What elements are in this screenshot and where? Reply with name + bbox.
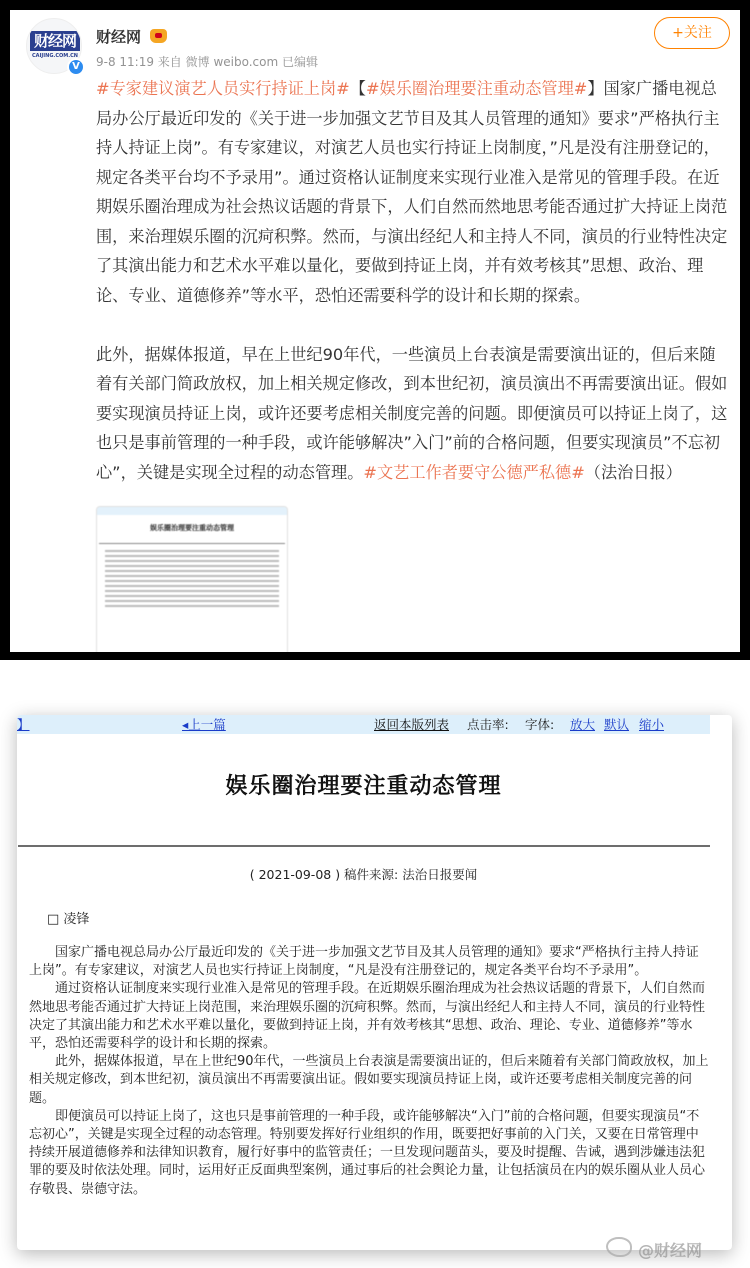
toolbar-cut-link[interactable]: 】 [17, 715, 30, 734]
font-size-label: 字体: [525, 715, 554, 734]
article-paragraph: 通过资格认证制度来实现行业准入是常见的管理手段。在近期娱乐圈治理成为社会热议话题… [29, 980, 709, 1053]
hashtag-link[interactable]: #专家建议演艺人员实行持证上岗# [96, 79, 350, 98]
watermark: @财经网 [638, 1238, 702, 1261]
thumb-text-line [105, 595, 279, 597]
article-meta: ( 2021-09-08 ) 稿件来源: 法治日报要闻 [17, 865, 710, 883]
post-image-thumbnail[interactable]: 娱乐圈治理要注重动态管理 [96, 506, 288, 652]
article-paragraph: 此外，据媒体报道，早在上世纪90年代，一些演员上台表演是需要演出证的，但后来随着… [29, 1053, 709, 1108]
verified-badge-icon: V [67, 58, 85, 76]
thumb-text-line [105, 580, 279, 582]
post-meta: 9-8 11:19 来自 微博 weibo.com 已编辑 [96, 53, 318, 70]
thumb-toolbar [97, 507, 287, 515]
thumb-text-line [105, 570, 279, 572]
article-divider [18, 845, 710, 847]
article-author: □ 凌锋 [47, 908, 89, 927]
post-text: #专家建议演艺人员实行持证上岗#【#娱乐圈治理要注重动态管理#】国家广播电视总局… [96, 74, 728, 517]
prev-article-link[interactable]: ◂上一篇 [182, 715, 226, 734]
bracket-open: 【 [350, 79, 366, 98]
username[interactable]: 财经网 [96, 26, 141, 47]
weibo-logo-icon [606, 1237, 632, 1257]
hashtag-link[interactable]: #娱乐圈治理要注重动态管理# [366, 79, 587, 98]
font-enlarge-link[interactable]: 放大 [570, 715, 595, 734]
thumb-title: 娱乐圈治理要注重动态管理 [97, 523, 287, 533]
post-paragraph-2: 此外，据媒体报道，早在上世纪90年代，一些演员上台表演是需要演出证的，但后来随着… [96, 340, 728, 488]
post-paragraph-2-text: 此外，据媒体报道，早在上世纪90年代，一些演员上台表演是需要演出证的，但后来随着… [96, 345, 727, 482]
thumb-text-line [105, 550, 279, 552]
post-paragraph-1: #专家建议演艺人员实行持证上岗#【#娱乐圈治理要注重动态管理#】国家广播电视总局… [96, 74, 728, 310]
weibo-post-frame: 财经网 CAIJING.COM.CN V 财经网 9-8 11:19 来自 微博… [0, 0, 750, 660]
article-paragraph: 即便演员可以持证上岗了，这也只是事前管理的一种手段，或许能够解决“入门”前的合格… [29, 1108, 709, 1199]
thumb-text-line [105, 585, 279, 587]
thumb-text-line [105, 590, 279, 592]
article-screenshot: 】 ◂上一篇 返回本版列表 点击率: 字体: 放大 默认 缩小 娱乐圈治理要注重… [17, 715, 732, 1250]
weibo-post-card: 财经网 CAIJING.COM.CN V 财经网 9-8 11:19 来自 微博… [10, 10, 740, 652]
article-paragraph: 国家广播电视总局办公厅最近印发的《关于进一步加强文艺节目及其人员管理的通知》要求… [29, 944, 709, 980]
font-default-link[interactable]: 默认 [604, 715, 629, 734]
article-toolbar: 】 ◂上一篇 返回本版列表 点击率: 字体: 放大 默认 缩小 [17, 715, 710, 734]
bracket-close: 】 [587, 79, 603, 98]
thumb-text-line [105, 555, 279, 557]
thumb-text-line [105, 605, 279, 607]
hashtag-link[interactable]: #文艺工作者要守公德严私德# [363, 463, 584, 482]
article-body: 国家广播电视总局办公厅最近印发的《关于进一步加强文艺节目及其人员管理的通知》要求… [29, 944, 709, 1199]
article-title: 娱乐圈治理要注重动态管理 [17, 769, 710, 800]
font-shrink-link[interactable]: 缩小 [639, 715, 664, 734]
back-to-list-link[interactable]: 返回本版列表 [374, 715, 449, 734]
follow-button[interactable]: +关注 [654, 17, 730, 49]
thumb-text-line [105, 600, 279, 602]
click-rate-label: 点击率: [467, 715, 509, 734]
post-paragraph-1-text: 国家广播电视总局办公厅最近印发的《关于进一步加强文艺节目及其人员管理的通知》要求… [96, 79, 727, 305]
thumb-text-line [105, 565, 279, 567]
vip-crown-icon [150, 29, 167, 43]
thumb-text-line [105, 560, 279, 562]
post-paragraph-2-suffix: （法治日报） [585, 463, 682, 482]
thumb-text-line [105, 575, 279, 577]
avatar-logo: 财经网 [30, 31, 80, 51]
thumb-divider [99, 543, 285, 544]
